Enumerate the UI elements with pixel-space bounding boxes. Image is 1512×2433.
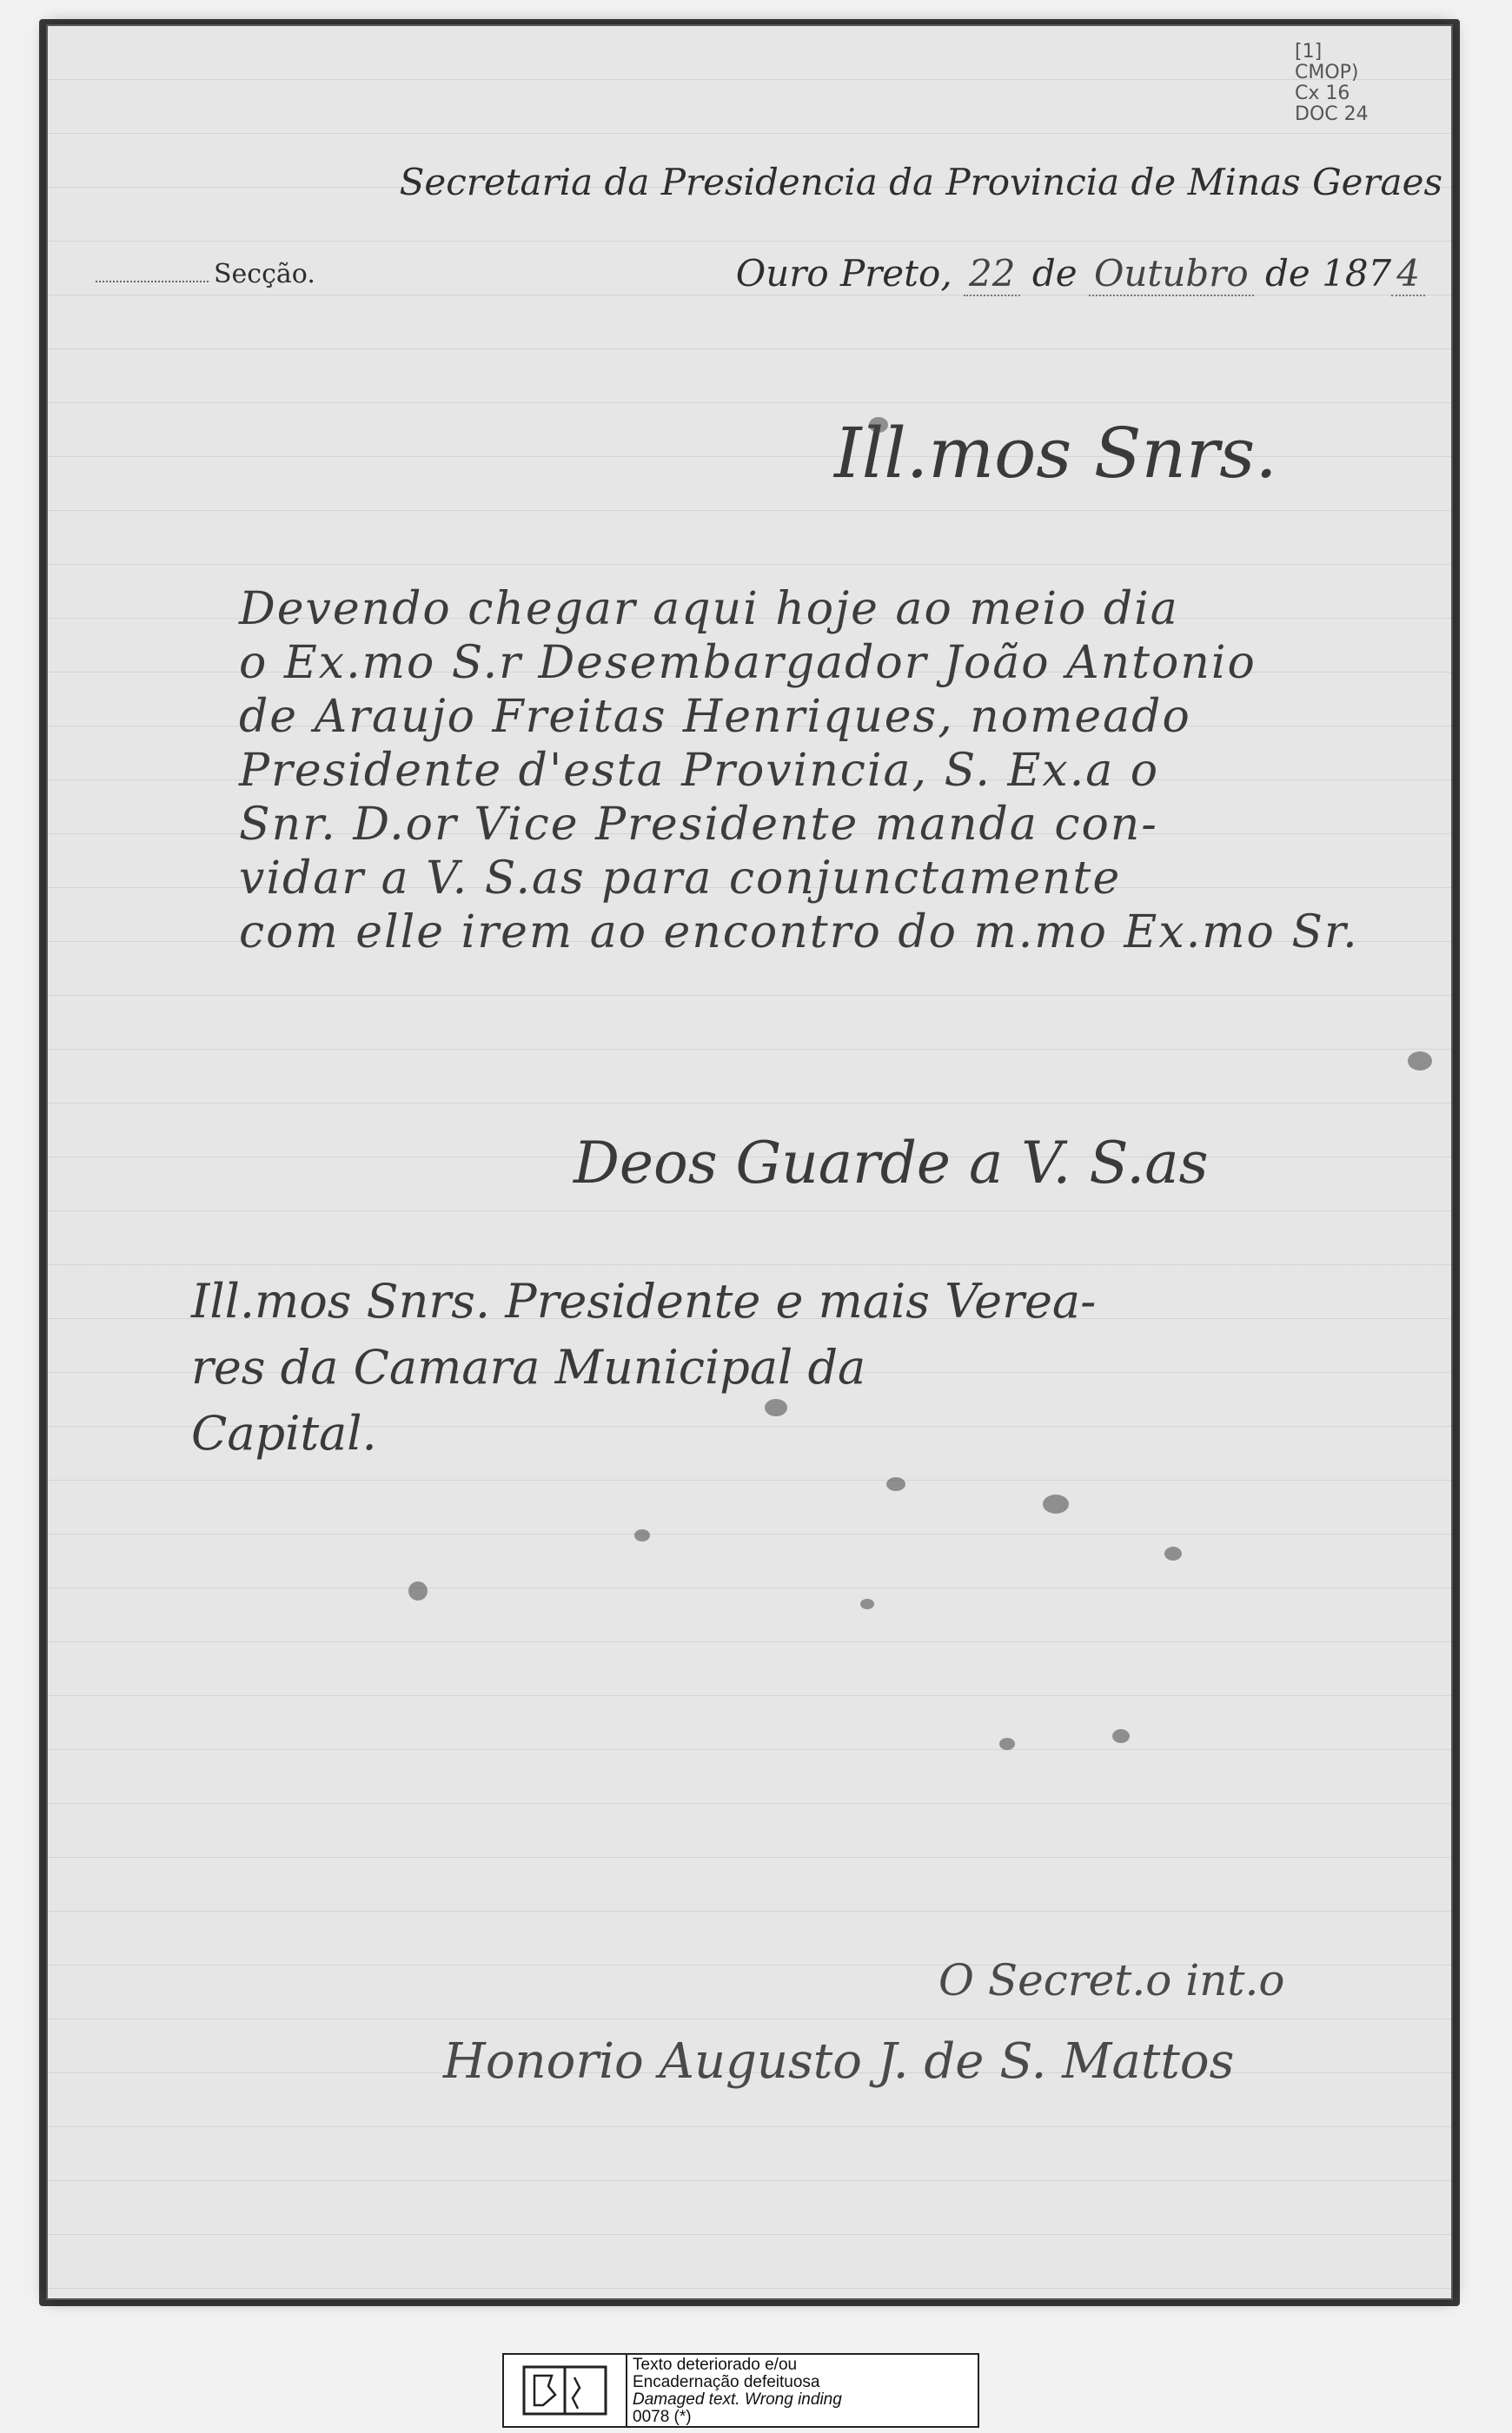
ink-stain <box>634 1529 650 1541</box>
archive-stamp: [1] CMOP) Cx 16 DOC 24 <box>1295 42 1399 125</box>
ink-stain <box>765 1399 787 1416</box>
body-line: de Araujo Freitas Henriques, nomeado <box>239 690 1438 744</box>
letter-body: Devendo chegar aqui hoje ao meio dia o E… <box>239 582 1438 959</box>
damaged-book-icon <box>504 2355 627 2426</box>
address-line: Capital. <box>191 1401 1442 1467</box>
ink-stain <box>1408 1051 1432 1071</box>
section-field: Secção. <box>96 259 315 289</box>
ink-stain <box>1164 1547 1182 1561</box>
body-line: Presidente d'esta Provincia, S. Ex.a o <box>239 744 1438 798</box>
closing: Deos Guarde a V. S.as <box>574 1130 1208 1197</box>
ink-stain <box>886 1477 905 1491</box>
address-line: res da Camara Municipal da <box>191 1335 1442 1401</box>
archive-stamp-line: DOC 24 <box>1295 104 1399 125</box>
section-label: Secção. <box>214 259 315 289</box>
salutation: Ill.mos Snrs. <box>834 413 1277 494</box>
notice-line: Texto deteriorado e/ou <box>633 2357 842 2374</box>
body-line: vidar a V. S.as para conjunctamente <box>239 852 1438 905</box>
body-line: com elle irem ao encontro do m.mo Ex.mo … <box>239 905 1438 959</box>
section-blank <box>96 281 209 282</box>
notice-line: Damaged text. Wrong inding <box>633 2391 842 2409</box>
archive-stamp-line: Cx 16 <box>1295 83 1399 104</box>
date-day: 22 <box>964 252 1020 296</box>
ink-stain <box>1112 1729 1130 1743</box>
signature-name: Honorio Augusto J. de S. Mattos <box>443 2033 1234 2090</box>
notice-line: 0078 (*) <box>633 2409 842 2426</box>
ink-stain <box>860 1599 874 1609</box>
body-line: Snr. D.or Vice Presidente manda con- <box>239 798 1438 852</box>
notice-text: Texto deteriorado e/ou Encadernação defe… <box>627 2355 847 2426</box>
archive-stamp-line: CMOP) <box>1295 63 1399 83</box>
date-de: de <box>1032 252 1078 295</box>
place: Ouro Preto, <box>736 252 952 295</box>
date-de: de <box>1265 252 1310 295</box>
letterhead-title: Secretaria da Presidencia da Provincia d… <box>348 161 1442 203</box>
signature-title: O Secret.o int.o <box>938 1955 1285 2005</box>
date-year-suffix: 4 <box>1391 252 1425 296</box>
notice-line: Encadernação defeituosa <box>633 2374 842 2391</box>
date-year-prefix: 187 <box>1322 252 1391 295</box>
body-line: o Ex.mo S.r Desembargador João Antonio <box>239 636 1438 690</box>
address-line: Ill.mos Snrs. Presidente e mais Verea- <box>191 1269 1442 1335</box>
date-month: Outubro <box>1089 252 1254 296</box>
body-line: Devendo chegar aqui hoje ao meio dia <box>239 582 1438 636</box>
addressee: Ill.mos Snrs. Presidente e mais Verea- r… <box>191 1269 1442 1467</box>
damage-notice: Texto deteriorado e/ou Encadernação defe… <box>502 2353 979 2428</box>
ink-stain <box>999 1738 1015 1750</box>
ink-stain <box>1043 1495 1069 1514</box>
dateline: Ouro Preto, 22 de Outubro de 1874 <box>643 252 1425 295</box>
archive-stamp-line: [1] <box>1295 42 1399 63</box>
ink-stain <box>869 417 888 433</box>
ink-stain <box>408 1581 428 1601</box>
